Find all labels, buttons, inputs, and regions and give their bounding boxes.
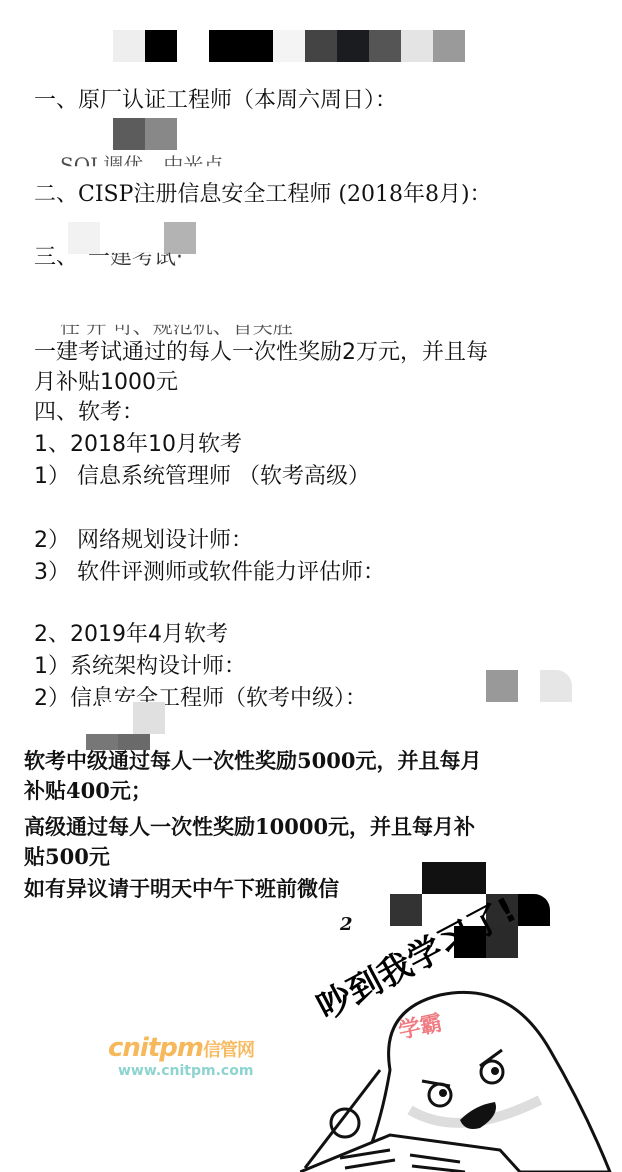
ruankao-2018-heading: 1、2018年10月软考 — [34, 432, 242, 458]
redacted-block — [101, 702, 165, 734]
section-1-heading: 一、原厂认证工程师（本周六周日）： — [34, 88, 397, 114]
section-3-reward-line-1: 一建考试通过的每人一次性奖励2万元，并且每 — [34, 340, 488, 366]
section-3-reward-line-2: 月补贴1000元 — [34, 370, 178, 396]
section-3-detail: 任 开 可、规范机、首关胜 — [60, 313, 293, 339]
section-4-heading: 四、软考： — [34, 400, 144, 426]
reward-mid-line-2: 补贴400元； — [24, 778, 152, 804]
redacted-block — [113, 118, 177, 150]
ruankao-2018-item-3: 3） 软件评测师或软件能力评估师： — [34, 560, 385, 586]
objection-notice: 如有异议请于明天中午下班前微信 — [24, 876, 339, 902]
ruankao-2018-item-2: 2） 网络规划设计师： — [34, 528, 253, 554]
watermark-brand: cnitpm — [108, 1033, 203, 1063]
ruankao-2019-heading: 2、2019年4月软考 — [34, 622, 228, 648]
watermark-brand-cn: 信管网 — [203, 1040, 254, 1061]
reward-high-line-2: 贴500元 — [24, 844, 110, 870]
study-sticker: 吵到我学习了! 学霸 — [300, 940, 622, 1172]
redacted-block — [68, 222, 196, 254]
reward-high-line-1: 高级通过每人一次性奖励10000元，并且每月补 — [24, 814, 475, 840]
ruankao-2019-item-2: 2）信息安全工程师（软考中级）： — [34, 686, 367, 712]
ruankao-2018-item-1: 1） 信息系统管理师 （软考高级） — [34, 464, 370, 490]
redacted-block — [422, 862, 486, 894]
redacted-block — [486, 670, 572, 702]
section-1-detail: SQL调优、中光点 — [60, 152, 223, 178]
section-2-heading: 二、CISP注册信息安全工程师 (2018年8月)： — [34, 182, 492, 208]
reward-mid-line-1: 软考中级通过每人一次性奖励5000元，并且每月 — [24, 748, 481, 774]
redacted-title — [113, 30, 465, 62]
watermark-url: www.cnitpm.com — [118, 1063, 253, 1079]
page-number: 2 — [340, 912, 353, 938]
watermark-logo: cnitpm信管网 — [108, 1033, 254, 1063]
ruankao-2019-item-1: 1）系统架构设计师： — [34, 654, 246, 680]
